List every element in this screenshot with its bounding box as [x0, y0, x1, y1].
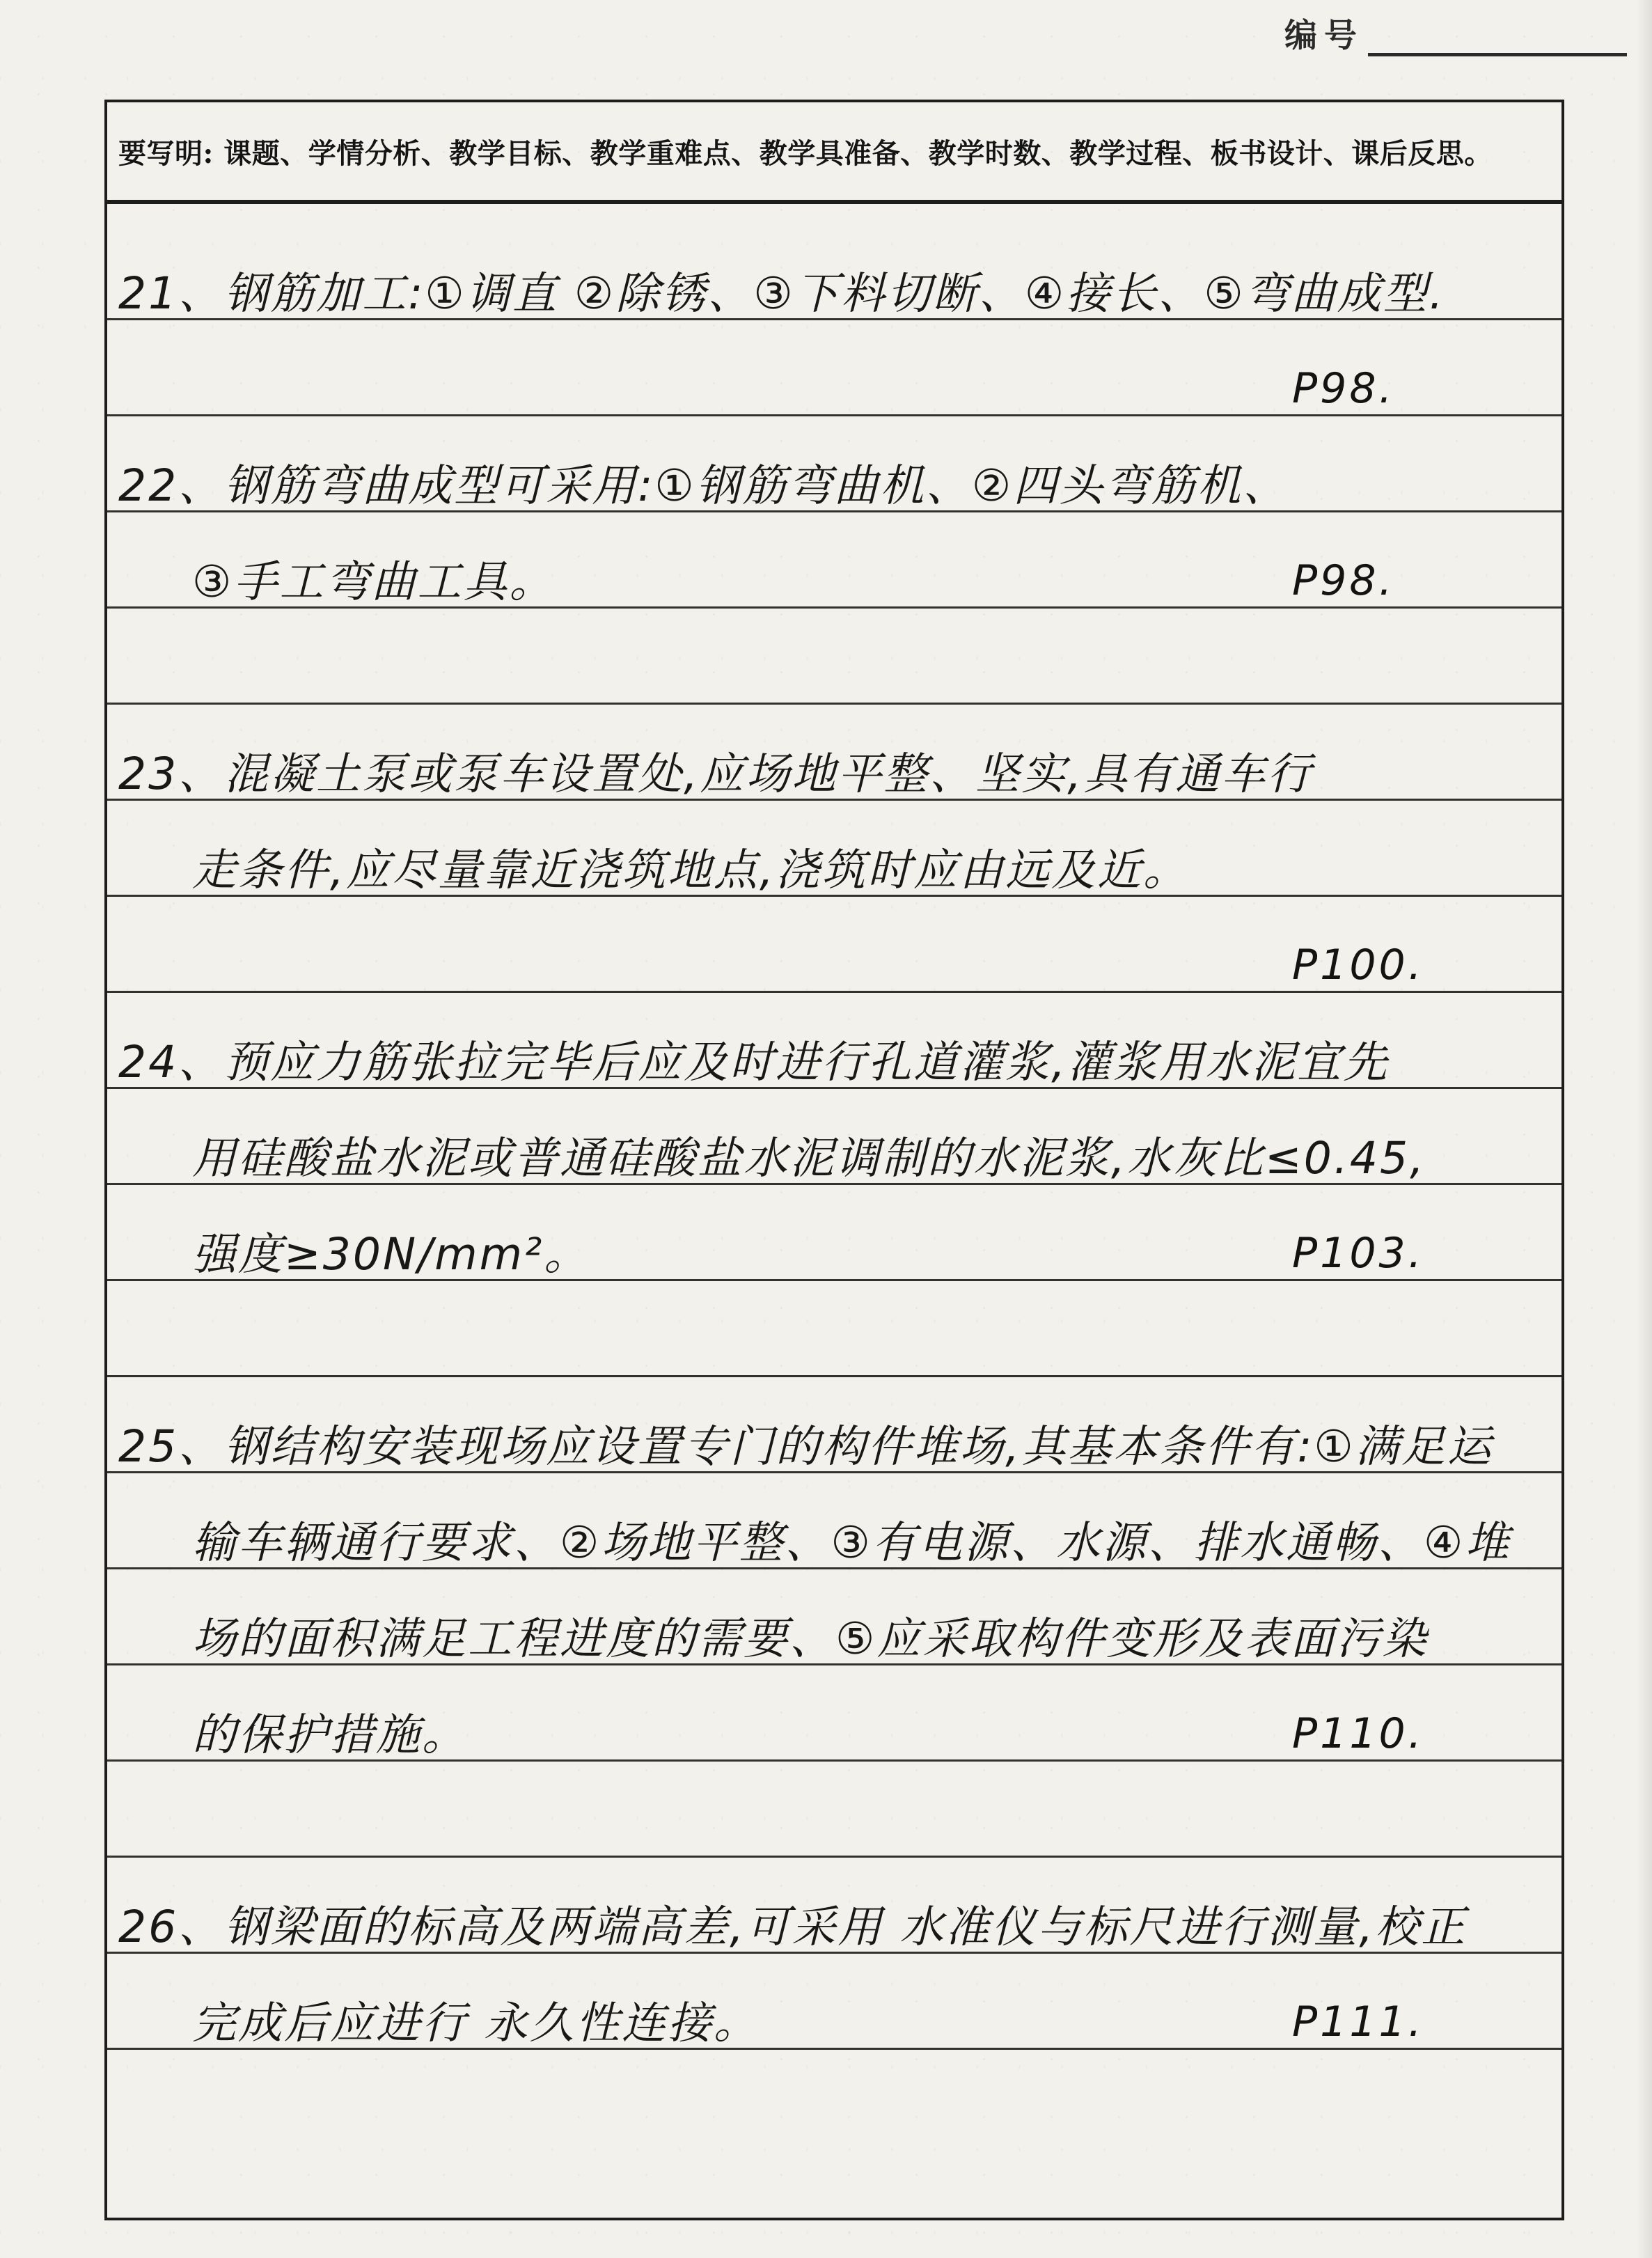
note-text: 21、钢筋加工:①调直 ②除锈、③下料切断、④接长、⑤弯曲成型.	[118, 271, 1445, 317]
note-row: ③手工弯曲工具。 P98.	[107, 512, 1561, 609]
page-reference: P98.	[1292, 364, 1395, 413]
note-row: P98.	[107, 320, 1561, 416]
scanned-page: 编号 要写明: 课题、学情分析、教学目标、教学重难点、教学具准备、教学时数、教学…	[0, 0, 1652, 2258]
note-row	[107, 1762, 1561, 1858]
note-text: 用硅酸盐水泥或普通硅酸盐水泥调制的水泥浆,水灰比≤0.45,	[192, 1136, 1426, 1182]
number-label: 编号	[1284, 10, 1364, 56]
note-text: 强度≥30N/mm²。	[192, 1232, 590, 1278]
note-text: 的保护措施。	[192, 1712, 468, 1758]
note-text: 24、预应力筋张拉完毕后应及时进行孔道灌浆,灌浆用水泥宜先	[118, 1040, 1389, 1085]
page-reference: P110.	[1292, 1709, 1424, 1758]
note-row: 25、钢结构安装现场应设置专门的构件堆场,其基本条件有:①满足运	[107, 1377, 1561, 1473]
note-text: ③手工弯曲工具。	[192, 559, 555, 605]
note-row: 场的面积满足工程进度的需要、⑤应采取构件变形及表面污染	[107, 1569, 1561, 1665]
page-reference: P103.	[1292, 1229, 1424, 1278]
note-text: 25、钢结构安装现场应设置专门的构件堆场,其基本条件有:①满足运	[118, 1424, 1493, 1470]
notes-area: 21、钢筋加工:①调直 ②除锈、③下料切断、④接长、⑤弯曲成型. P98. 22…	[107, 204, 1561, 2221]
page-reference: P111.	[1292, 1998, 1424, 2046]
note-row: 完成后应进行 永久性连接。 P111.	[107, 1954, 1561, 2050]
page-reference: P100.	[1292, 941, 1424, 989]
note-row: 21、钢筋加工:①调直 ②除锈、③下料切断、④接长、⑤弯曲成型.	[107, 204, 1561, 320]
note-text: 26、钢梁面的标高及两端高差,可采用 水准仪与标尺进行测量,校正	[118, 1904, 1467, 1950]
note-row: 24、预应力筋张拉完毕后应及时进行孔道灌浆,灌浆用水泥宜先	[107, 993, 1561, 1089]
note-text: 走条件,应尽量靠近浇筑地点,浇筑时应由远及近。	[192, 847, 1189, 893]
note-text: 22、钢筋弯曲成型可采用:①钢筋弯曲机、②四头弯筋机、	[118, 463, 1289, 509]
lesson-plan-sheet: 要写明: 课题、学情分析、教学目标、教学重难点、教学具准备、教学时数、教学过程、…	[104, 100, 1564, 2220]
note-row: P100.	[107, 897, 1561, 993]
number-blank-line	[1368, 13, 1627, 56]
instruction-row: 要写明: 课题、学情分析、教学目标、教学重难点、教学具准备、教学时数、教学过程、…	[107, 102, 1561, 204]
note-row: 输车辆通行要求、②场地平整、③有电源、水源、排水通畅、④堆	[107, 1473, 1561, 1569]
note-row	[107, 609, 1561, 705]
note-text: 输车辆通行要求、②场地平整、③有电源、水源、排水通畅、④堆	[192, 1520, 1511, 1566]
note-row: 走条件,应尽量靠近浇筑地点,浇筑时应由远及近。	[107, 801, 1561, 897]
note-row: 用硅酸盐水泥或普通硅酸盐水泥调制的水泥浆,水灰比≤0.45,	[107, 1089, 1561, 1185]
number-field: 编号	[1284, 10, 1627, 56]
note-row: 强度≥30N/mm²。 P103.	[107, 1185, 1561, 1281]
note-row: 23、混凝土泵或泵车设置处,应场地平整、坚实,具有通车行	[107, 705, 1561, 801]
note-text: 23、混凝土泵或泵车设置处,应场地平整、坚实,具有通车行	[118, 751, 1313, 797]
note-row: 22、钢筋弯曲成型可采用:①钢筋弯曲机、②四头弯筋机、	[107, 416, 1561, 512]
page-reference: P98.	[1292, 556, 1395, 605]
note-row: 26、钢梁面的标高及两端高差,可采用 水准仪与标尺进行测量,校正	[107, 1858, 1561, 1954]
note-row: 的保护措施。 P110.	[107, 1665, 1561, 1762]
instruction-text: 要写明: 课题、学情分析、教学目标、教学重难点、教学具准备、教学时数、教学过程、…	[118, 132, 1493, 171]
note-text: 场的面积满足工程进度的需要、⑤应采取构件变形及表面污染	[192, 1616, 1428, 1662]
note-text: 完成后应进行 永久性连接。	[192, 2000, 760, 2046]
note-row	[107, 1281, 1561, 1377]
note-row	[107, 2050, 1561, 2221]
